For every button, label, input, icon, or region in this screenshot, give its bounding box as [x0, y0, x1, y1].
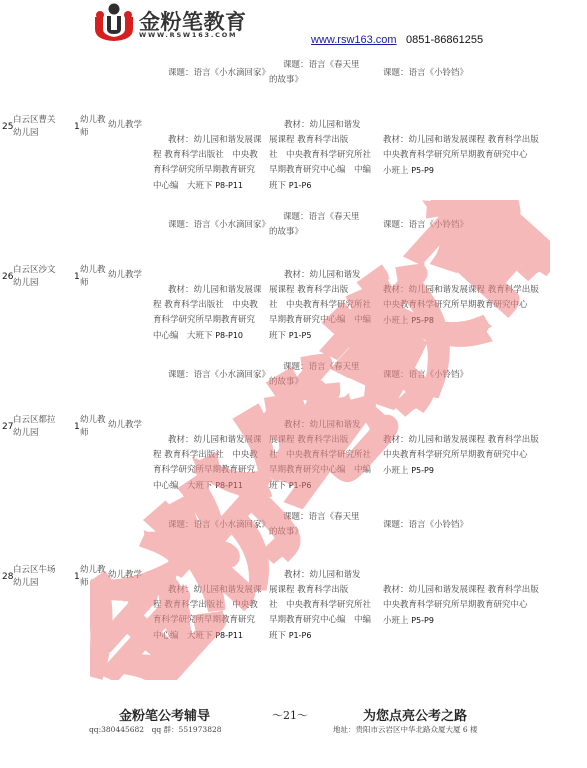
- textbook-1-line: 教材：幼儿园和谐发展课: [168, 133, 262, 148]
- footer-qq: qq:380445682 qq 群：551973828: [89, 724, 222, 735]
- textbook-3-text: 小班上: [383, 166, 411, 176]
- textbook-2-pages: P1-P6: [289, 181, 312, 190]
- lesson-1: 课题：语言《小水滴回家》: [168, 518, 270, 533]
- lesson-2-line1: 课题：语言《春天里: [283, 510, 360, 525]
- textbook-2-text: 班下: [269, 181, 289, 191]
- phone-number: 0851-86861255: [406, 34, 483, 46]
- lesson-1: 课题：语言《小水滴回家》: [168, 66, 270, 81]
- lesson-1: 课题：语言《小水滴回家》: [168, 368, 270, 383]
- lesson-2-line1: 课题：语言《春天里: [283, 58, 360, 73]
- textbook-3-text: 小班上: [383, 466, 411, 476]
- textbook-1-text: 中心编 大班下: [153, 481, 215, 491]
- textbook-3-pages: P5-P9: [411, 616, 434, 625]
- textbook-3-line: 中央教育科学研究所早期教育研究中心: [383, 448, 528, 463]
- textbook-3-line: 中央教育科学研究所早期教育研究中心: [383, 298, 528, 313]
- textbook-1-pages: P8-P11: [215, 481, 243, 490]
- headcount: 1: [74, 572, 80, 582]
- textbook-2-line: 展课程 教育科学出版: [269, 283, 348, 298]
- textbook-1-text: 中心编 大班下: [153, 181, 215, 191]
- textbook-2-line: 班下 P1-P6: [269, 178, 311, 194]
- school-name-line2: 幼儿园: [13, 276, 39, 291]
- textbook-3-pages: P5-P9: [411, 466, 434, 475]
- lesson-2-line2: 的故事》: [269, 525, 303, 540]
- subject: 幼儿教学: [108, 418, 142, 433]
- textbook-2-line: 社 中央教育科学研究所社: [269, 298, 371, 313]
- lesson-3: 课题：语言《小铃铛》: [383, 66, 468, 81]
- headcount: 1: [74, 122, 80, 132]
- post-line2: 师: [80, 126, 89, 141]
- row-number: 25: [2, 122, 13, 132]
- headcount: 1: [74, 272, 80, 282]
- textbook-2-line: 班下 P1-P5: [269, 328, 311, 344]
- textbook-3-line: 教材：幼儿园和谐发展课程 教育科学出版: [383, 133, 539, 148]
- subject: 幼儿教学: [108, 568, 142, 583]
- school-name-line2: 幼儿园: [13, 126, 39, 141]
- textbook-2-text: 班下: [269, 331, 289, 341]
- post-line2: 师: [80, 576, 89, 591]
- textbook-3-line: 小班上 P5-P9: [383, 463, 434, 479]
- school-name-line2: 幼儿园: [13, 426, 39, 441]
- textbook-3-line: 教材：幼儿园和谐发展课程 教育科学出版: [383, 583, 539, 598]
- textbook-3-line: 中央教育科学研究所早期教育研究中心: [383, 148, 528, 163]
- site-link[interactable]: www.rsw163.com: [311, 34, 397, 46]
- textbook-2-line: 社 中央教育科学研究所社: [269, 148, 371, 163]
- lesson-2-line2: 的故事》: [269, 375, 303, 390]
- textbook-2-line: 教材：幼儿园和谐发: [284, 118, 361, 133]
- textbook-1-line: 育科学研究所早期教育研究: [153, 613, 255, 628]
- textbook-2-pages: P1-P6: [289, 481, 312, 490]
- textbook-1-pages: P8-P11: [215, 631, 243, 640]
- textbook-1-text: 中心编 大班下: [153, 631, 215, 641]
- textbook-1-pages: P8-P10: [215, 331, 243, 340]
- textbook-2-line: 教材：幼儿园和谐发: [284, 418, 361, 433]
- textbook-3-line: 小班上 P5-P9: [383, 613, 434, 629]
- textbook-3-line: 小班上 P5-P9: [383, 163, 434, 179]
- textbook-2-line: 班下 P1-P6: [269, 628, 311, 644]
- row-number: 27: [2, 422, 13, 432]
- textbook-2-line: 展课程 教育科学出版: [269, 433, 348, 448]
- textbook-1-line: 中心编 大班下 P8-P10: [153, 328, 243, 344]
- post-line2: 师: [80, 276, 89, 291]
- textbook-3-line: 教材：幼儿园和谐发展课程 教育科学出版: [383, 433, 539, 448]
- textbook-2-line: 社 中央教育科学研究所社: [269, 448, 371, 463]
- textbook-2-line: 班下 P1-P6: [269, 478, 311, 494]
- textbook-2-text: 班下: [269, 481, 289, 491]
- textbook-1-text: 中心编 大班下: [153, 331, 215, 341]
- lesson-2-line2: 的故事》: [269, 225, 303, 240]
- textbook-3-line: 教材：幼儿园和谐发展课程 教育科学出版: [383, 283, 539, 298]
- subject: 幼儿教学: [108, 118, 142, 133]
- lesson-3: 课题：语言《小铃铛》: [383, 368, 468, 383]
- textbook-3-text: 小班上: [383, 316, 411, 326]
- textbook-1-line: 育科学研究所早期教育研究: [153, 163, 255, 178]
- page-number: ～21～: [272, 707, 308, 723]
- row-number: 28: [2, 572, 13, 582]
- textbook-2-line: 社 中央教育科学研究所社: [269, 598, 371, 613]
- textbook-3-pages: P5-P9: [411, 166, 434, 175]
- footer-address: 地址：贵阳市云岩区中华北路众厦大厦 6 楼: [333, 724, 478, 735]
- textbook-3-line: 中央教育科学研究所早期教育研究中心: [383, 598, 528, 613]
- textbook-2-pages: P1-P6: [289, 631, 312, 640]
- textbook-1-line: 中心编 大班下 P8-P11: [153, 178, 243, 194]
- textbook-1-line: 程 教育科学出版社 中央教: [153, 598, 258, 613]
- headcount: 1: [74, 422, 80, 432]
- textbook-3-pages: P5-P8: [411, 316, 434, 325]
- textbook-2-line: 教材：幼儿园和谐发: [284, 268, 361, 283]
- textbook-1-line: 程 教育科学出版社 中央教: [153, 448, 258, 463]
- textbook-2-line: 早期教育研究中心编 中编: [269, 463, 371, 478]
- school-logo-icon: [93, 3, 135, 41]
- textbook-1-line: 教材：幼儿园和谐发展课: [168, 583, 262, 598]
- footer-left-title: 金粉笔公考辅导: [119, 705, 210, 724]
- textbook-1-line: 中心编 大班下 P8-P11: [153, 478, 243, 494]
- textbook-1-line: 教材：幼儿园和谐发展课: [168, 433, 262, 448]
- textbook-2-line: 教材：幼儿园和谐发: [284, 568, 361, 583]
- lesson-3: 课题：语言《小铃铛》: [383, 518, 468, 533]
- textbook-1-pages: P8-P11: [215, 181, 243, 190]
- textbook-3-line: 小班上 P5-P8: [383, 313, 434, 329]
- textbook-2-line: 展课程 教育科学出版: [269, 133, 348, 148]
- row-number: 26: [2, 272, 13, 282]
- lesson-3: 课题：语言《小铃铛》: [383, 218, 468, 233]
- footer-right-title: 为您点亮公考之路: [363, 705, 467, 724]
- textbook-2-text: 班下: [269, 631, 289, 641]
- textbook-2-pages: P1-P5: [289, 331, 312, 340]
- lesson-1: 课题：语言《小水滴回家》: [168, 218, 270, 233]
- textbook-2-line: 早期教育研究中心编 中编: [269, 313, 371, 328]
- lesson-2-line1: 课题：语言《春天里: [283, 360, 360, 375]
- textbook-1-line: 育科学研究所早期教育研究: [153, 463, 255, 478]
- textbook-2-line: 早期教育研究中心编 中编: [269, 613, 371, 628]
- textbook-1-line: 程 教育科学出版社 中央教: [153, 148, 258, 163]
- post-line2: 师: [80, 426, 89, 441]
- textbook-3-text: 小班上: [383, 616, 411, 626]
- textbook-2-line: 展课程 教育科学出版: [269, 583, 348, 598]
- school-name-line2: 幼儿园: [13, 576, 39, 591]
- brand-url: WWW.RSW163.COM: [139, 31, 237, 39]
- textbook-1-line: 中心编 大班下 P8-P11: [153, 628, 243, 644]
- textbook-1-line: 育科学研究所早期教育研究: [153, 313, 255, 328]
- textbook-1-line: 教材：幼儿园和谐发展课: [168, 283, 262, 298]
- lesson-2-line2: 的故事》: [269, 73, 303, 88]
- textbook-2-line: 早期教育研究中心编 中编: [269, 163, 371, 178]
- subject: 幼儿教学: [108, 268, 142, 283]
- textbook-1-line: 程 教育科学出版社 中央教: [153, 298, 258, 313]
- lesson-2-line1: 课题：语言《春天里: [283, 210, 360, 225]
